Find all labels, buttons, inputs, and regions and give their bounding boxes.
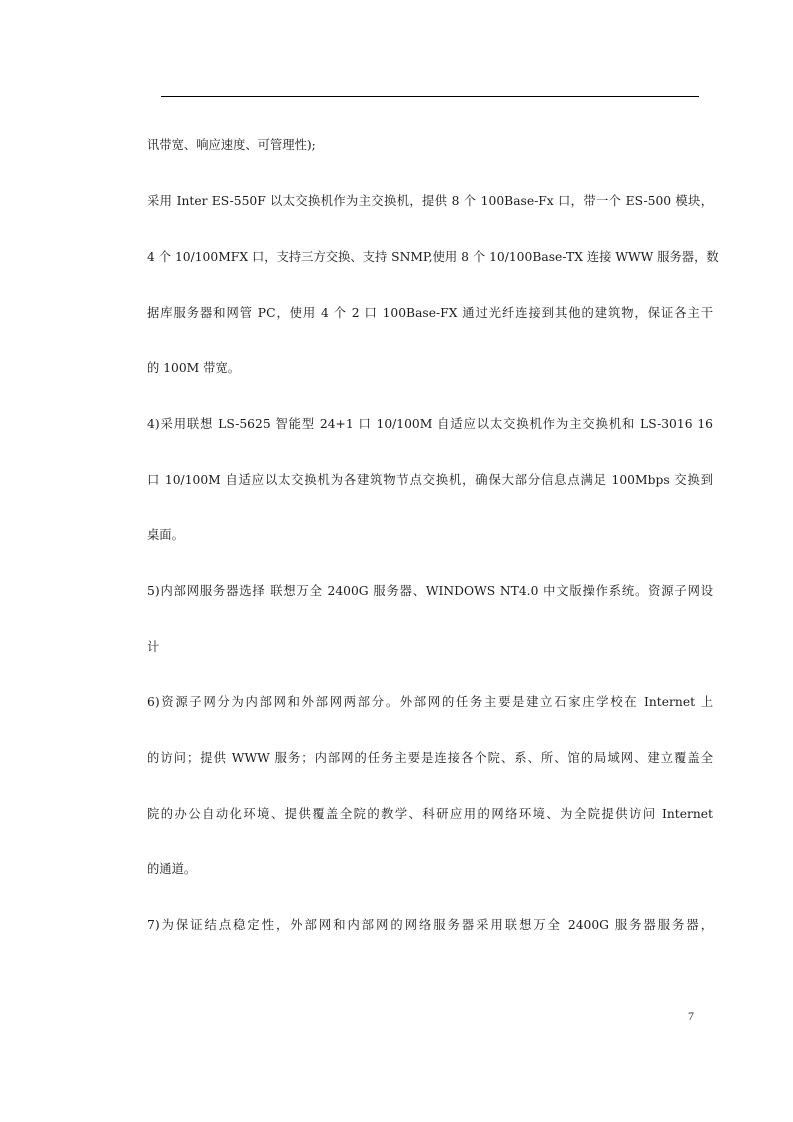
document-page: 讯带宽、响应速度、可管理性); 采用 Inter ES-550F 以太交换机作为… [0,0,793,1122]
header-rule [161,96,699,97]
body-line-3: 4 个 10/100MFX 口，支持三方交换、支持 SNMP,使用 8 个 10… [147,249,713,265]
body-line-11: 6)资源子网分为内部网和外部网两部分。外部网的任务主要是建立石家庄学校在 Int… [147,694,713,710]
body-line-10: 计 [147,639,713,655]
body-line-12: 的访问；提供 WWW 服务；内部网的任务主要是连接各个院、系、所、馆的局域网、建… [147,750,713,766]
body-line-5: 的 100M 带宽。 [147,360,713,376]
body-line-15: 7)为保证结点稳定性，外部网和内部网的网络服务器采用联想万全 2400G 服务器… [147,917,713,933]
body-line-6: 4)采用联想 LS-5625 智能型 24+1 口 10/100M 自适应以太交… [147,416,713,432]
body-line-2: 采用 Inter ES-550F 以太交换机作为主交换机，提供 8 个 100B… [147,193,713,209]
body-line-1: 讯带宽、响应速度、可管理性); [147,137,713,153]
body-line-14: 的通道。 [147,861,713,877]
body-line-7: 口 10/100M 自适应以太交换机为各建筑物节点交换机，确保大部分信息点满足 … [147,472,713,488]
page-number: 7 [688,1009,694,1023]
body-line-13: 院的办公自动化环境、提供覆盖全院的教学、科研应用的网络环境、为全院提供访问 In… [147,806,713,822]
body-line-4: 据库服务器和网管 PC，使用 4 个 2 口 100Base-FX 通过光纤连接… [147,305,713,321]
body-line-8: 桌面。 [147,527,713,543]
body-line-9: 5)内部网服务器选择 联想万全 2400G 服务器、WINDOWS NT4.0 … [147,583,713,599]
